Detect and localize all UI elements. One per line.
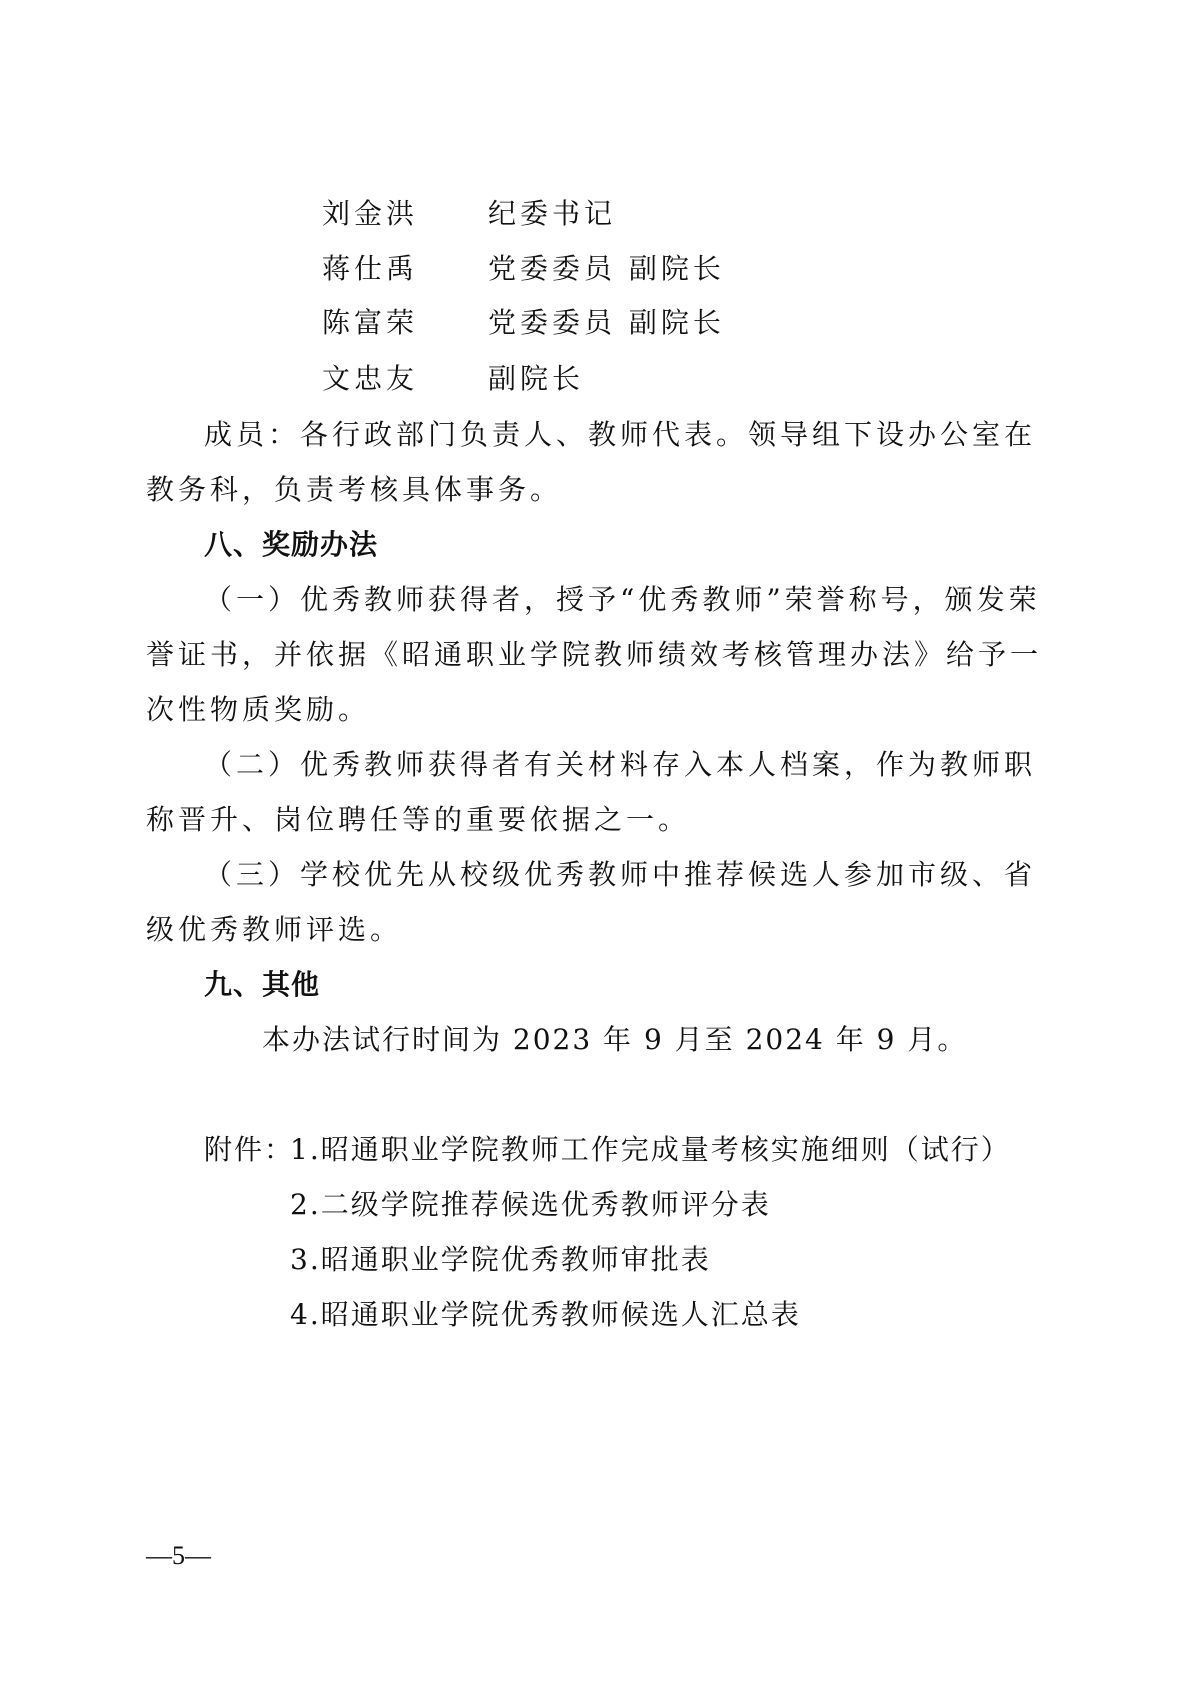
section-heading-rewards: 八、奖励办法 xyxy=(204,527,378,563)
attachments-label: 附件： xyxy=(204,1132,294,1168)
attachment-item: 3.昭通职业学院优秀教师审批表 xyxy=(290,1242,711,1278)
reward-item-3-cont: 级优秀教师评选。 xyxy=(146,912,402,948)
leader-title: 党委委员 副院长 xyxy=(488,251,725,287)
leader-name: 陈富荣 xyxy=(322,305,418,341)
page-number: —5— xyxy=(146,1540,211,1572)
leader-title: 纪委书记 xyxy=(488,196,616,232)
members-paragraph-cont: 教务科，负责考核具体事务。 xyxy=(146,472,562,508)
leader-title: 副院长 xyxy=(488,361,584,397)
attachment-item: 2.二级学院推荐候选优秀教师评分表 xyxy=(290,1187,771,1223)
reward-item-1: （一）优秀教师获得者，授予“优秀教师”荣誉称号，颁发荣 xyxy=(204,582,1041,618)
attachment-item: 1.昭通职业学院教师工作完成量考核实施细则（试行） xyxy=(290,1132,1011,1168)
leader-title: 党委委员 副院长 xyxy=(488,305,725,341)
trial-period-text: 本办法试行时间为 2023 年 9 月至 2024 年 9 月。 xyxy=(262,1022,967,1058)
attachment-item: 4.昭通职业学院优秀教师候选人汇总表 xyxy=(290,1297,801,1333)
leader-name: 刘金洪 xyxy=(322,196,418,232)
reward-item-2: （二）优秀教师获得者有关材料存入本人档案，作为教师职 xyxy=(204,747,1036,783)
members-paragraph: 成员：各行政部门负责人、教师代表。领导组下设办公室在 xyxy=(204,417,1036,453)
reward-item-1-cont: 誉证书，并依据《昭通职业学院教师绩效考核管理办法》给予一 xyxy=(146,637,1042,673)
reward-item-2-cont: 称晋升、岗位聘任等的重要依据之一。 xyxy=(146,802,690,838)
leader-name: 文忠友 xyxy=(322,361,418,397)
leader-name: 蒋仕禹 xyxy=(322,251,418,287)
section-heading-other: 九、其他 xyxy=(204,967,320,1003)
reward-item-3: （三）学校优先从校级优秀教师中推荐候选人参加市级、省 xyxy=(204,857,1036,893)
reward-item-1-cont: 次性物质奖励。 xyxy=(146,692,370,728)
